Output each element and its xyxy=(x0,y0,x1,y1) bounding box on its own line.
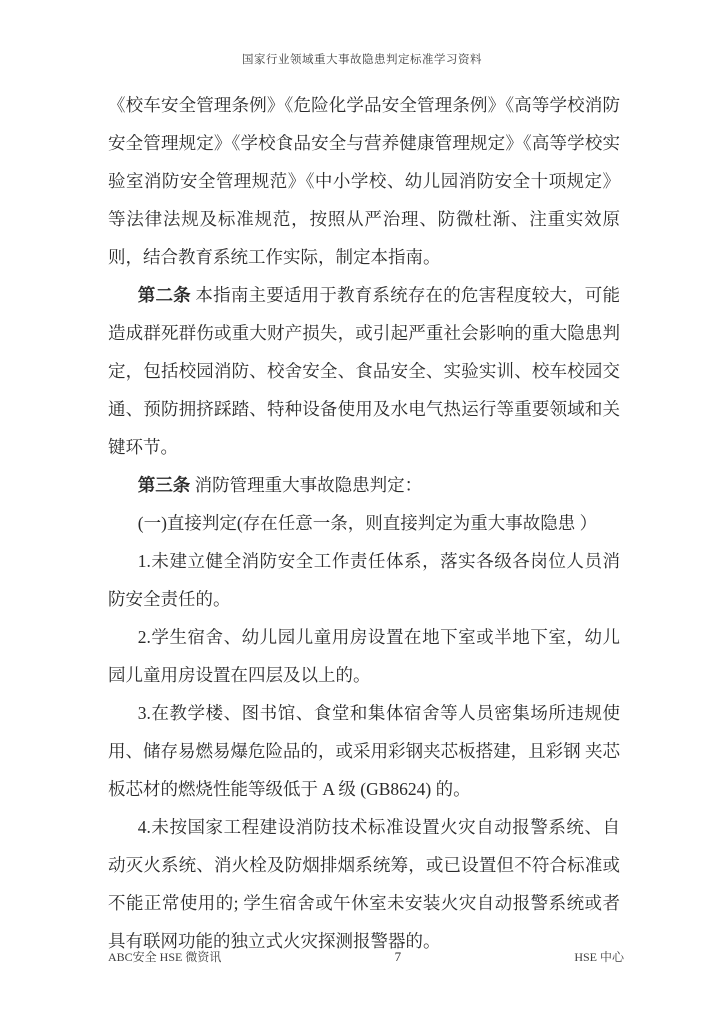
page-footer: ABC安全 HSE 微资讯 7 HSE 中心 xyxy=(108,948,624,965)
paragraph: 1.未建立健全消防安全工作责任体系，落实各级各岗位人员消防安全责任的。 xyxy=(108,542,620,618)
page-number: 7 xyxy=(395,949,402,965)
paragraph: 3.在教学楼、图书馆、食堂和集体宿舍等人员密集场所违规使用、储存易燃易爆危险品的… xyxy=(108,694,620,808)
document-page: 国家行业领域重大事故隐患判定标准学习资料 《校车安全管理条例》《危险化学品安全管… xyxy=(0,0,724,1024)
article-number: 第二条 xyxy=(138,285,191,305)
paragraph: 第二条 本指南主要适用于教育系统存在的危害程度较大，可能造成群死群伤或重大财产损… xyxy=(108,276,620,466)
footer-left-text: ABC安全 HSE 微资讯 xyxy=(108,948,221,965)
paragraph: 2.学生宿舍、幼儿园儿童用房设置在地下室或半地下室，幼儿园儿童用房设置在四层及以… xyxy=(108,618,620,694)
article-number: 第三条 xyxy=(138,475,191,495)
paragraph: (一)直接判定(存在任意一条，则直接判定为重大事故隐患 ） xyxy=(108,504,620,542)
paragraph: 4.未按国家工程建设消防技术标准设置火灾自动报警系统、自动灭火系统、消火栓及防烟… xyxy=(108,808,620,960)
page-header: 国家行业领域重大事故隐患判定标准学习资料 xyxy=(0,51,724,67)
paragraph: 《校车安全管理条例》《危险化学品安全管理条例》《高等学校消防安全管理规定》《学校… xyxy=(108,86,620,276)
paragraph: 第三条 消防管理重大事故隐患判定： xyxy=(108,466,620,504)
document-body: 《校车安全管理条例》《危险化学品安全管理条例》《高等学校消防安全管理规定》《学校… xyxy=(108,86,620,960)
footer-right-text: HSE 中心 xyxy=(574,948,624,965)
